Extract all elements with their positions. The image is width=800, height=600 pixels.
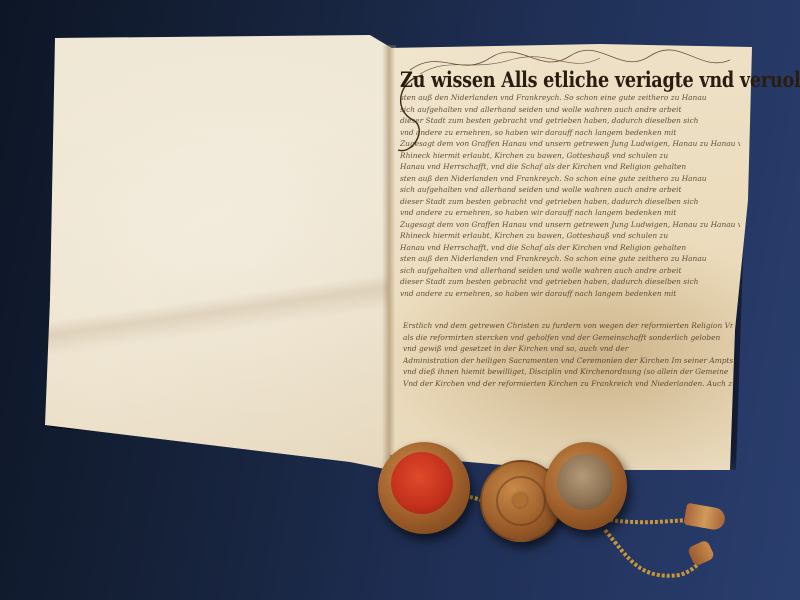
text-line: sten auß den Niderlanden vnd Frankreych.… <box>400 92 740 104</box>
charter-heading: Zu wissen Alls etliche veriagte vnd veru… <box>400 68 686 92</box>
photo-scene: Zu wissen Alls etliche veriagte vnd veru… <box>0 0 800 600</box>
red-seal-capsule <box>378 442 470 534</box>
text-line: vnd andere zu ernehren, so haben wir dar… <box>400 207 740 219</box>
charter-paragraph-2: Erstlich vnd dem getrewen Christen zu fu… <box>403 320 733 389</box>
text-line: Erstlich vnd dem getrewen Christen zu fu… <box>403 320 733 332</box>
text-line: sten auß den Niderlanden vnd Frankreych.… <box>400 173 740 185</box>
text-line: vnd gewiß vnd gesetzet in der Kirchen vn… <box>403 343 733 355</box>
text-line: dieser Stadt zum besten gebracht vnd get… <box>400 115 740 127</box>
text-line: dieser Stadt zum besten gebracht vnd get… <box>400 196 740 208</box>
text-line: Vnd der Kirchen vnd der reformierten Kir… <box>403 378 733 390</box>
gold-seal-capsule <box>545 442 627 530</box>
text-line: Zugesagt dem von Graffen Hanau vnd unser… <box>400 219 740 231</box>
text-line: dieser Stadt zum besten gebracht vnd get… <box>400 276 740 288</box>
gold-wax-seal <box>557 454 613 510</box>
lid-knob <box>513 493 527 507</box>
text-line: Zugesagt dem von Graffen Hanau vnd unser… <box>400 138 740 150</box>
text-line: Rhineck hiermit erlaubt, Kirchen zu bawe… <box>400 150 740 162</box>
text-line: Hanau vnd Herrschafft, vnd die Schaf als… <box>400 161 740 173</box>
charter-text: Zu wissen Alls etliche veriagte vnd veru… <box>400 68 740 299</box>
text-line: Hanau vnd Herrschafft, vnd die Schaf als… <box>400 242 740 254</box>
text-line: Administration der heiligen Sacramenten … <box>403 355 733 367</box>
text-line: sten auß den Niderlanden vnd Frankreych.… <box>400 253 740 265</box>
text-line: sich aufgehalten vnd allerhand seiden un… <box>400 265 740 277</box>
text-line: vnd dieß ihnen hiemit bewilliget, Discip… <box>403 366 733 378</box>
text-line: sich aufgehalten vnd allerhand seiden un… <box>400 184 740 196</box>
text-line: vnd andere zu ernehren, so haben wir dar… <box>400 127 740 139</box>
text-line: Rhineck hiermit erlaubt, Kirchen zu bawe… <box>400 230 740 242</box>
red-wax-seal <box>391 452 453 514</box>
text-line: vnd andere zu ernehren, so haben wir dar… <box>400 288 740 300</box>
text-line: als die reformirten stercken vnd geholfe… <box>403 332 733 344</box>
text-line: sich aufgehalten vnd allerhand seiden un… <box>400 104 740 116</box>
